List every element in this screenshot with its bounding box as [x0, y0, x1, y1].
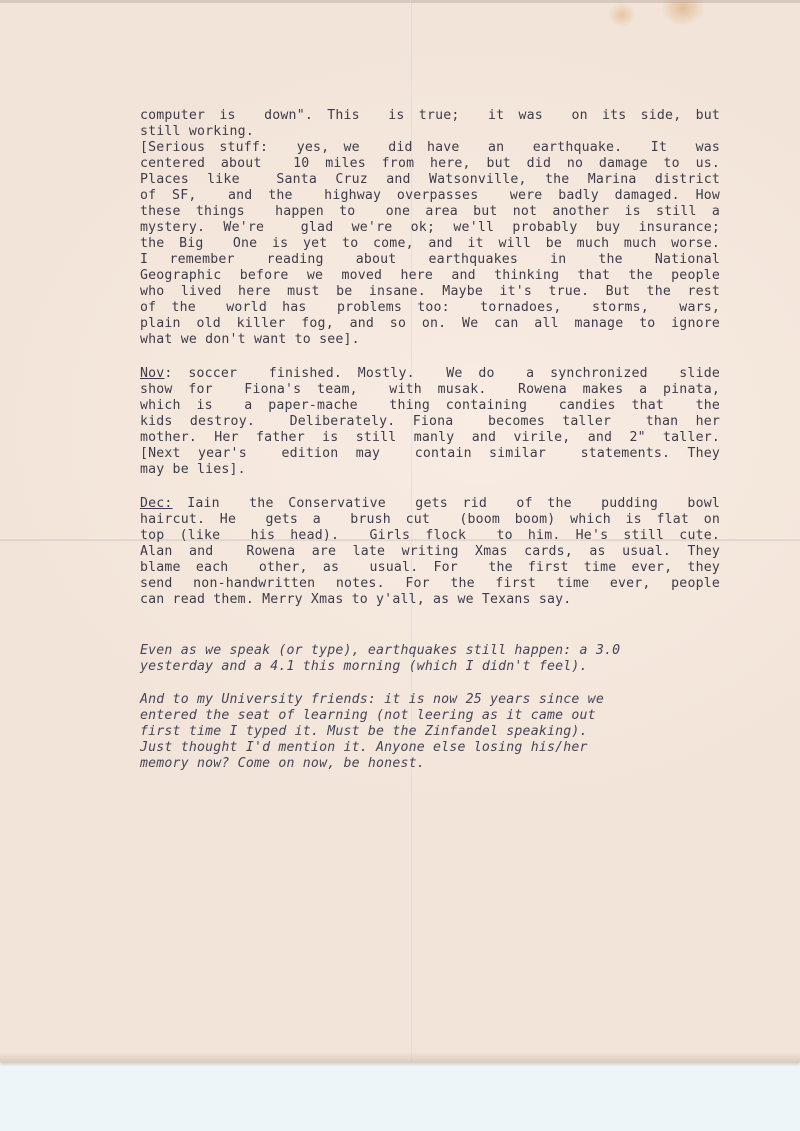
- text-line: who lived here must be insane. Maybe it'…: [140, 284, 720, 300]
- text-line: mother. Her father is still manly and vi…: [140, 430, 720, 446]
- text-line: show for Fiona's team, with musak. Rowen…: [140, 382, 720, 398]
- text-line: memory now? Come on now, be honest.: [140, 756, 700, 772]
- text-line: send non-handwritten notes. For the firs…: [140, 576, 720, 592]
- text-line: Geographic before we moved here and thin…: [140, 268, 720, 284]
- text-line: what we don't want to see].: [140, 332, 720, 348]
- scanned-letter-page: computer is down". This is true; it was …: [0, 0, 800, 1062]
- intro-paragraph: computer is down". This is true; it was …: [140, 108, 720, 140]
- text-line: [Next year's edition may contain similar…: [140, 446, 720, 462]
- text-line: : soccer finished. Mostly. We do a synch…: [164, 366, 720, 381]
- text-line: I remember reading about earthquakes in …: [140, 252, 720, 268]
- text-line: these things happen to one area but not …: [140, 204, 720, 220]
- text-line: which is a paper-mache thing containing …: [140, 398, 720, 414]
- text-line: top (like his head). Girls flock to him.…: [140, 528, 720, 544]
- december-paragraph: Dec: Iain the Conservative gets rid of t…: [140, 496, 720, 608]
- text-line: still working.: [140, 124, 720, 140]
- text-line: can read them. Merry Xmas to y'all, as w…: [140, 592, 720, 608]
- serious-stuff-paragraph: [Serious stuff: yes, we did have an eart…: [140, 140, 720, 348]
- text-line: Just thought I'd mention it. Anyone else…: [140, 740, 700, 756]
- text-line: computer is down". This is true; it was …: [140, 108, 720, 124]
- text-line: may be lies].: [140, 462, 720, 478]
- text-line: of the world has problems too: tornadoes…: [140, 300, 720, 316]
- text-line: kids destroy. Deliberately. Fiona become…: [140, 414, 720, 430]
- text-line: of SF, and the highway overpasses were b…: [140, 188, 720, 204]
- postscript-earthquakes: Even as we speak (or type), earthquakes …: [140, 643, 700, 675]
- postscript-university-friends: And to my University friends: it is now …: [140, 692, 700, 772]
- text-line: first time I typed it. Must be the Zinfa…: [140, 724, 700, 740]
- text-line: plain old killer fog, and so on. We can …: [140, 316, 720, 332]
- text-line: mystery. We're glad we're ok; we'll prob…: [140, 220, 720, 236]
- text-line: And to my University friends: it is now …: [140, 692, 700, 708]
- letter-body: computer is down". This is true; it was …: [140, 108, 720, 608]
- november-paragraph: Nov: soccer finished. Mostly. We do a sy…: [140, 366, 720, 478]
- text-line: Places like Santa Cruz and Watsonville, …: [140, 172, 720, 188]
- text-line: Alan and Rowena are late writing Xmas ca…: [140, 544, 720, 560]
- text-line: Iain the Conservative gets rid of the pu…: [173, 496, 720, 511]
- text-line: blame each other, as usual. For the firs…: [140, 560, 720, 576]
- text-line: yesterday and a 4.1 this morning (which …: [140, 659, 700, 675]
- text-line: the Big One is yet to come, and it will …: [140, 236, 720, 252]
- text-line: centered about 10 miles from here, but d…: [140, 156, 720, 172]
- month-label-dec: Dec:: [140, 496, 173, 511]
- text-line: [Serious stuff: yes, we did have an eart…: [140, 140, 720, 156]
- text-line: haircut. He gets a brush cut (boom boom)…: [140, 512, 720, 528]
- month-label-nov: Nov: [140, 366, 164, 381]
- paper-bottom-edge: [0, 1052, 800, 1062]
- text-line: Even as we speak (or type), earthquakes …: [140, 643, 700, 659]
- text-line: entered the seat of learning (not leerin…: [140, 708, 700, 724]
